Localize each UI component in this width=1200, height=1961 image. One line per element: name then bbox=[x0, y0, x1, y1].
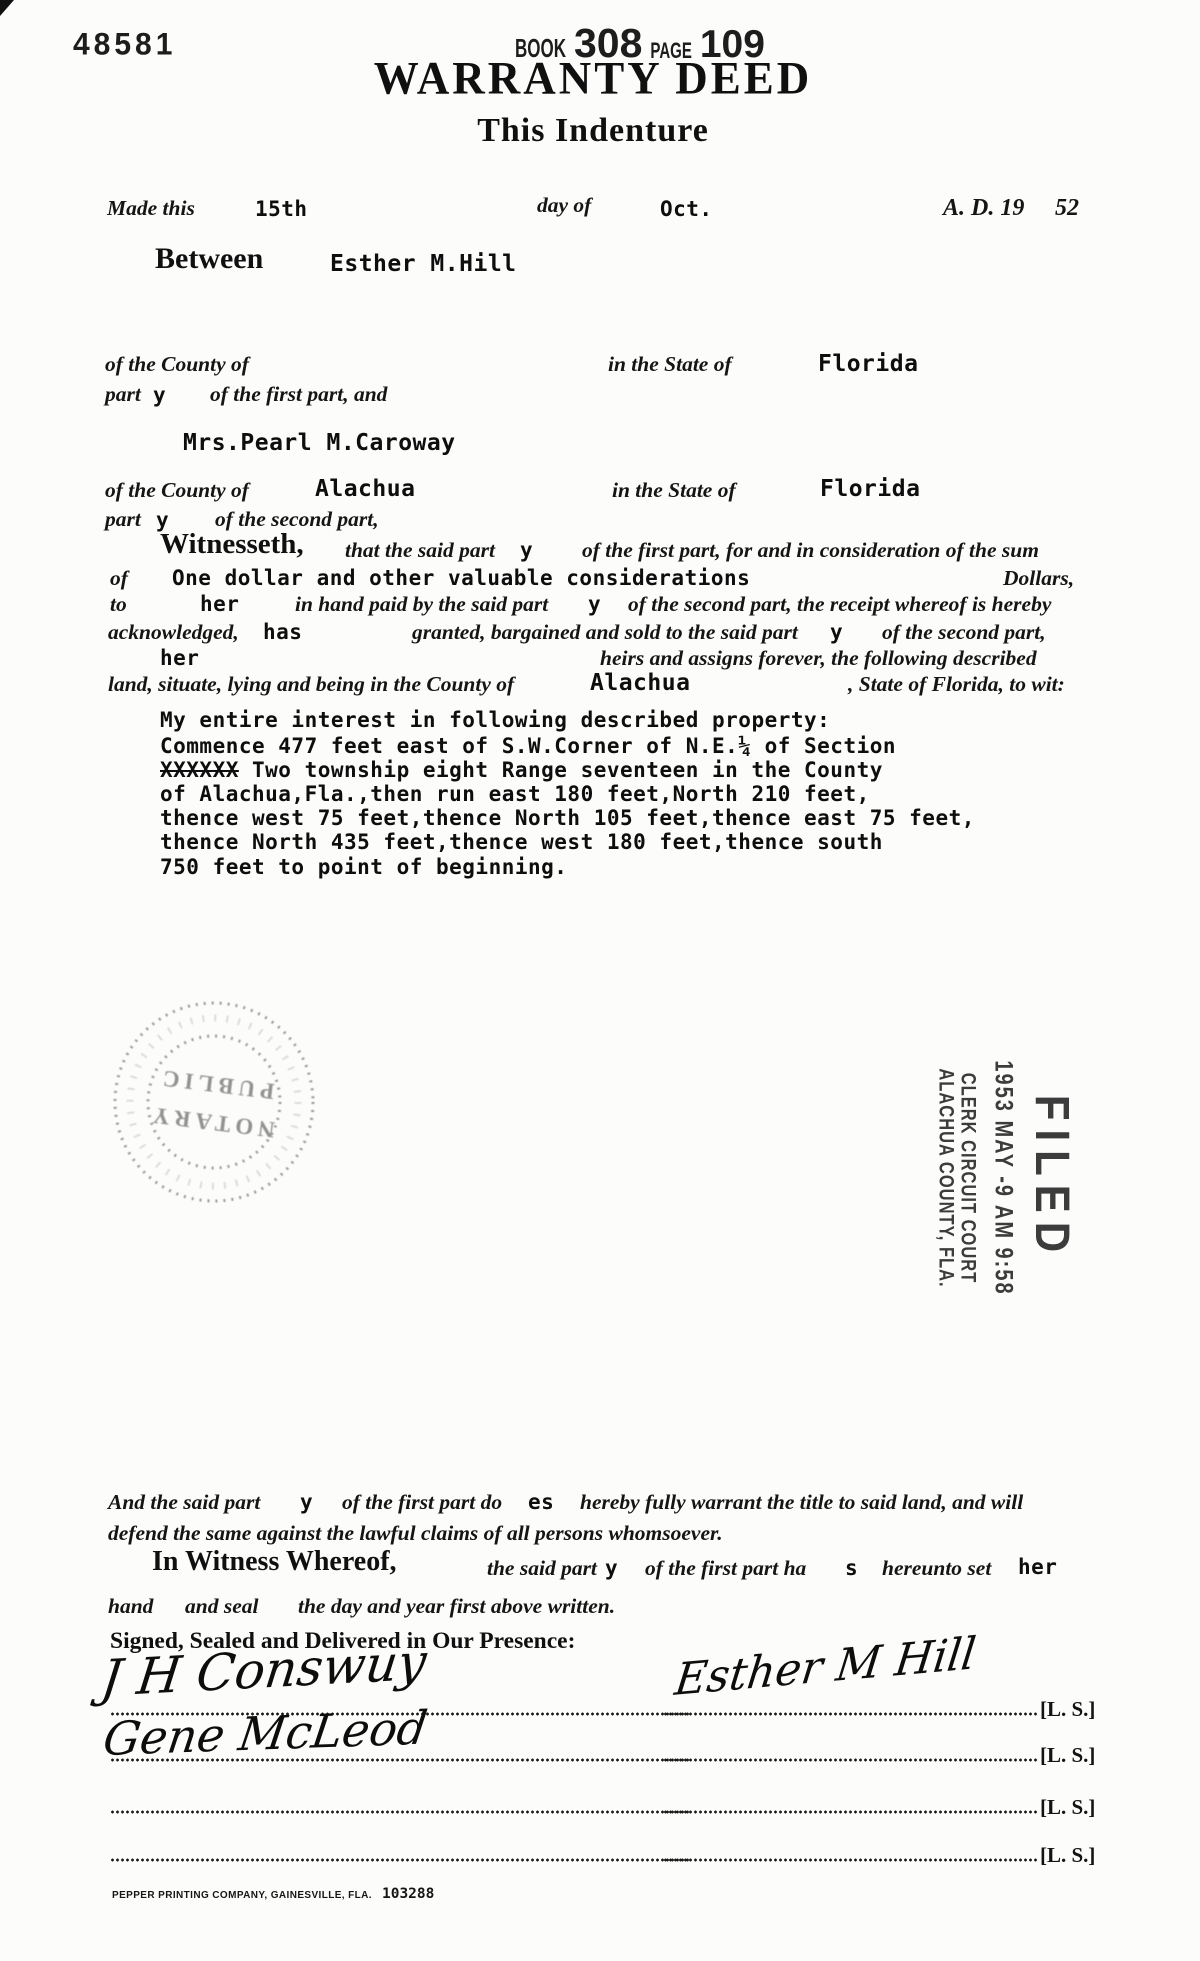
filed-stamp: FILED 1953 MAY -9 AM 9:58 CLERK CIRCUIT … bbox=[886, 1032, 1076, 1324]
document-title: WARRANTY DEED bbox=[0, 51, 1186, 105]
seal-text-public: PUBLIC bbox=[157, 1065, 276, 1104]
witnesseth-heading: Witnesseth, bbox=[160, 528, 304, 561]
witnesseth-l1-part: y bbox=[520, 538, 533, 562]
description-line-2: Commence 477 feet east of S.W.Corner of … bbox=[160, 734, 896, 758]
description-line-7: 750 feet to point of beginning. bbox=[160, 855, 567, 879]
warrant-l1a: And the said part bbox=[108, 1490, 260, 1515]
witnesseth-l5-her: her bbox=[160, 646, 199, 670]
first-party-part-letter: y bbox=[153, 383, 166, 407]
warrant-l1c: hereby fully warrant the title to said l… bbox=[580, 1490, 1023, 1515]
first-party-state-label: in the State of bbox=[608, 352, 732, 377]
printer-name: PEPPER PRINTING COMPANY, GAINESVILLE, FL… bbox=[112, 1890, 372, 1901]
first-party-part-rest: of the first part, and bbox=[210, 382, 387, 407]
witness-whereof-heading: In Witness Whereof, bbox=[152, 1546, 397, 1578]
witness-whereof-l2-hand: hand bbox=[108, 1594, 153, 1619]
ls-seal-label-4: [L. S.] bbox=[1040, 1843, 1095, 1868]
deed-document-page: 48581 BOOK 308 PAGE 109 WARRANTY DEED Th… bbox=[0, 0, 1200, 1961]
grantor-signature: Esther M Hill bbox=[672, 1628, 979, 1706]
witnesseth-l4-part: y bbox=[830, 620, 843, 644]
witnesseth-l3-her: her bbox=[200, 592, 239, 616]
day-value: 15th bbox=[255, 197, 308, 221]
witness-whereof-her: her bbox=[1018, 1555, 1057, 1579]
witnesseth-l2-dollars: Dollars, bbox=[1003, 566, 1074, 591]
warrant-l2: defend the same against the lawful claim… bbox=[108, 1521, 723, 1546]
grantor-name: Esther M.Hill bbox=[330, 251, 517, 277]
printer-footer: PEPPER PRINTING COMPANY, GAINESVILLE, FL… bbox=[112, 1886, 434, 1902]
witnesseth-l3-part: y bbox=[588, 592, 601, 616]
witness-whereof-l2-rest: the day and year first above written. bbox=[298, 1594, 615, 1619]
filed-county-line: ALACHUA COUNTY, FLA. bbox=[933, 1068, 958, 1287]
witnesseth-l4b: granted, bargained and sold to the said … bbox=[412, 620, 798, 645]
witness-whereof-part: y bbox=[605, 1556, 618, 1580]
ls-seal-label-3: [L. S.] bbox=[1040, 1795, 1095, 1820]
warrant-l1b: of the first part do bbox=[342, 1490, 502, 1515]
made-this-label: Made this bbox=[107, 196, 195, 221]
witness-whereof-l2-seal: and seal bbox=[185, 1594, 258, 1619]
witnesseth-l3a: in hand paid by the said part bbox=[295, 592, 548, 617]
ad-19-label: A. D. 19 bbox=[943, 195, 1024, 222]
witness-signature-line-3 bbox=[110, 1810, 690, 1814]
witness-whereof-b: of the first part ha bbox=[645, 1556, 806, 1581]
witnesseth-l1a: that the said part bbox=[345, 538, 495, 563]
witnesseth-l5a: heirs and assigns forever, the following… bbox=[600, 646, 1037, 671]
description-line-5: thence west 75 feet,thence North 105 fee… bbox=[160, 806, 975, 830]
party-signature-line-4 bbox=[663, 1858, 1038, 1862]
seal-text-notary: NOTARY bbox=[147, 1102, 276, 1142]
witness-whereof-c: hereunto set bbox=[882, 1556, 991, 1581]
witness2-signature: Gene McLeod bbox=[100, 1700, 431, 1766]
witness-whereof-a: the said part bbox=[487, 1556, 597, 1581]
scan-edge-artifact bbox=[0, 0, 14, 16]
witnesseth-l4c: of the second part, bbox=[882, 620, 1046, 645]
struck-out-text: XXXXXX bbox=[160, 758, 239, 782]
first-party-state-value: Florida bbox=[818, 351, 918, 377]
document-subtitle: This Indenture bbox=[0, 112, 1186, 150]
party-signature-line-3 bbox=[663, 1810, 1038, 1814]
second-party-part-word: part bbox=[105, 507, 141, 532]
notary-seal-stamp: NOTARY PUBLIC bbox=[100, 985, 330, 1220]
witnesseth-l3-to: to bbox=[110, 592, 127, 617]
witness-whereof-s: s bbox=[845, 1556, 858, 1580]
ls-seal-label-2: [L. S.] bbox=[1040, 1743, 1095, 1768]
witnesseth-l6a: land, situate, lying and being in the Co… bbox=[108, 672, 514, 697]
witnesseth-l2-of: of bbox=[110, 566, 128, 591]
description-line-3: XXXXXX Two township eight Range seventee… bbox=[160, 758, 883, 782]
consideration-amount: One dollar and other valuable considerat… bbox=[172, 566, 750, 590]
filed-clerk-line: CLERK CIRCUIT COURT bbox=[955, 1073, 980, 1284]
month-value: Oct. bbox=[660, 197, 713, 221]
between-label: Between bbox=[155, 242, 263, 276]
filed-word: FILED bbox=[1024, 1095, 1079, 1261]
description-line-1: My entire interest in following describe… bbox=[160, 708, 830, 732]
second-party-state-value: Florida bbox=[820, 476, 920, 502]
printer-job-number: 103288 bbox=[382, 1886, 434, 1902]
warrant-l1-part: y bbox=[300, 1490, 313, 1514]
first-party-county-label: of the County of bbox=[105, 352, 249, 377]
party-signature-line-2 bbox=[663, 1758, 1038, 1762]
second-party-county-value: Alachua bbox=[315, 476, 415, 502]
witnesseth-l6-county: Alachua bbox=[590, 670, 690, 696]
witnesseth-l3b: of the second part, the receipt whereof … bbox=[628, 592, 1051, 617]
witnesseth-l6b: , State of Florida, to wit: bbox=[848, 672, 1065, 697]
description-line-6: thence North 435 feet,thence west 180 fe… bbox=[160, 830, 883, 854]
witness-signature-line-4 bbox=[110, 1858, 690, 1862]
second-party-state-label: in the State of bbox=[612, 478, 736, 503]
year-value: 52 bbox=[1055, 195, 1079, 222]
second-party-county-label: of the County of bbox=[105, 478, 249, 503]
grantee-name: Mrs.Pearl M.Caroway bbox=[183, 430, 456, 456]
witnesseth-l4-has: has bbox=[263, 620, 302, 644]
first-party-part-word: part bbox=[105, 382, 141, 407]
day-of-label: day of bbox=[537, 193, 591, 218]
party-signature-line-1 bbox=[663, 1712, 1038, 1716]
ls-seal-label-1: [L. S.] bbox=[1040, 1697, 1095, 1722]
witnesseth-l1b: of the first part, for and in considerat… bbox=[582, 538, 1039, 563]
filed-date: 1953 MAY -9 AM 9:58 bbox=[988, 1060, 1017, 1295]
seal-outer-ring bbox=[115, 1003, 313, 1201]
witnesseth-l4a: acknowledged, bbox=[108, 620, 239, 645]
description-line-4: of Alachua,Fla.,then run east 180 feet,N… bbox=[160, 782, 870, 806]
description-line-3-rest: Two township eight Range seventeen in th… bbox=[239, 758, 883, 782]
warrant-l1-es: es bbox=[528, 1490, 554, 1514]
